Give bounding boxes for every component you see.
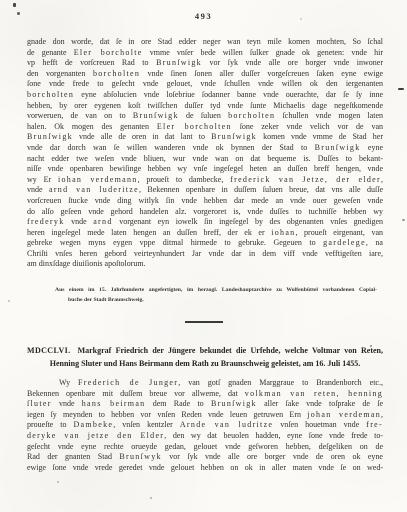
letterspaced-name-segment: borcholten <box>93 69 140 78</box>
letterspaced-name-segment: gardelege <box>323 238 366 247</box>
letterspaced-name-segment: Brunſwigk <box>133 111 179 120</box>
text-segment: komen vnde vmme de Stad her <box>257 132 383 141</box>
text-segment: vnde alle de oren in dat lant to <box>73 132 211 141</box>
text-line: frederyk vnde arnd vorgenant eyn iowelk … <box>27 217 383 228</box>
source-note: Aus einem im 15. Jahrhunderte angefertig… <box>55 286 377 305</box>
text-segment: vnde <box>27 185 49 194</box>
text-segment: de ſuluen <box>179 111 228 120</box>
text-segment: vor ſyk vnde alle ore borger vnde inwone… <box>202 58 383 67</box>
text-segment: vorſcreuen ſtucke vnde ding witlyk ſin v… <box>27 196 383 205</box>
text-line: geſecht vnde eyne rechte orueyde gedan, … <box>27 442 383 453</box>
scan-artifact <box>300 18 302 20</box>
section-divider-rule <box>185 321 223 323</box>
text-segment: , vnſen kentzler <box>113 420 180 429</box>
text-segment: do alſo geſeen vnde gehord handelen alz.… <box>27 207 383 216</box>
text-line: vnde dar dorch wan ſe willen wanderen vn… <box>27 143 383 154</box>
entry-title-part1: Markgraf Friedrich der Jüngere bekundet … <box>78 346 383 355</box>
text-line: Rad der gnanten Stad Brunſwyk vor ſyk vn… <box>27 452 383 463</box>
text-line: wy Er iohan verdemann, proueſt to dambec… <box>27 175 383 186</box>
text-segment: , <box>381 410 383 419</box>
text-segment: geſecht vnde eyne rechte orueyde gedan, … <box>27 442 383 451</box>
text-line: heren ingeſegel mede laten hengen an duſ… <box>27 228 383 239</box>
letterspaced-name-segment: Frederich de Junger <box>78 378 178 387</box>
text-segment: eyne abſolucien vnde loſebriue ſodanner … <box>74 90 383 99</box>
text-segment: den vorgenanten <box>27 69 93 78</box>
text-segment: , proueſt to dambecke, <box>138 175 231 184</box>
entry-title-part2: Henning Sluter und Hans Beirmann dem Rat… <box>27 357 383 370</box>
letterspaced-name-segment: iohan verdemann <box>58 175 138 184</box>
text-segment: Chriſti vnſes heren gebord veirteynhunde… <box>27 249 383 258</box>
text-line: vorſcreuen ſtucke vnde ding witlyk ſin v… <box>27 196 383 207</box>
text-segment: gebreke wegen myns eygen vppe ditmal hir… <box>27 238 323 247</box>
text-segment: Wy <box>59 378 78 387</box>
letterspaced-name-segment: Eler borcholte <box>74 48 143 57</box>
text-segment: halen. Ok mogen des genanten <box>27 122 157 131</box>
text-segment: gnade don worde, dat ſe in ore Stad edde… <box>27 37 383 46</box>
text-segment: wy Er <box>27 175 58 184</box>
text-line: gebreke wegen myns eygen vppe ditmal hir… <box>27 238 383 249</box>
text-segment: am dinxſdage diuiſionis apoſtolorum. <box>27 259 146 268</box>
text-line: nacht edder twe weſen vnde bliuen, wur v… <box>27 154 383 165</box>
scan-artifact <box>8 300 10 302</box>
entry-heading: MDCCLVI.Markgraf Friedrich der Jüngere b… <box>27 344 383 370</box>
text-segment: Rad der gnanten Stad <box>27 452 119 461</box>
text-segment: , na <box>366 238 383 247</box>
letterspaced-name-segment: Brunſwigk <box>211 132 257 141</box>
scan-artifact <box>17 12 20 15</box>
letterspaced-name-segment: volkman van reten, henning <box>245 389 383 398</box>
letterspaced-name-segment: hans beirman <box>82 399 146 408</box>
text-line: vorweruen, de van on to Brunſwigk de ſul… <box>27 111 383 122</box>
text-segment: ſone vnde frede to geſecht vnde gelouet,… <box>27 79 383 88</box>
scan-artifact <box>150 497 152 499</box>
text-segment: vnde <box>65 217 94 226</box>
text-segment: proueſte to <box>27 420 73 429</box>
letterspaced-name-segment: frederyk <box>27 217 65 226</box>
document-body-paragraph: Wy Frederich de Junger, van gotſ gnaden … <box>27 378 383 473</box>
text-line: ewige ſone vnde vrede geredet vnde gelou… <box>27 463 383 474</box>
text-segment: , Bekennen openbare in duſſem ſuluen bre… <box>139 185 383 194</box>
text-segment: ewige ſone vnde vrede geredet vnde gelou… <box>27 463 383 472</box>
text-line: vp hefft de vorſcreuen Rad to Brunſwigk … <box>27 58 383 69</box>
page-number: 493 <box>0 11 407 21</box>
text-segment: ſone zeker vnde velich vor de van <box>232 122 383 131</box>
entry-heading-line: MDCCLVI.Markgraf Friedrich der Jüngere b… <box>27 344 383 357</box>
letterspaced-name-segment: fre- <box>366 420 383 429</box>
letterspaced-name-segment: borcholten <box>27 90 74 99</box>
text-segment: heren ingeſegel mede laten hengen an duſ… <box>27 228 271 237</box>
text-segment: eyne <box>361 143 383 152</box>
letterspaced-name-segment: ſluter <box>27 399 52 408</box>
text-segment: , proueſt eirgenant, van <box>295 228 383 237</box>
text-line: proueſte to Dambeke, vnſen kentzler Arnd… <box>27 420 383 431</box>
letterspaced-name-segment: Brunſwigk <box>315 143 361 152</box>
text-segment: dem Rade to <box>145 399 210 408</box>
text-segment: nacht edder twe weſen vnde bliuen, wur v… <box>27 154 383 163</box>
text-line: gnade don worde, dat ſe in ore Stad edde… <box>27 37 383 48</box>
text-segment: vmme vnſer bede willen ſulker gnade ok g… <box>143 48 383 57</box>
text-segment: vorweruen, de van on to <box>27 111 133 120</box>
text-line: de genante Eler borcholte vmme vnſer bed… <box>27 48 383 59</box>
scan-artifact <box>402 219 405 221</box>
text-line: Chriſti vnſes heren gebord veirteynhunde… <box>27 249 383 260</box>
letterspaced-name-segment: Brunſwigk <box>27 132 73 141</box>
text-segment: iegen ſy meynden to hebben vor vnſen Red… <box>27 410 307 419</box>
text-line: deryke van jetze den Elder, den wy dat b… <box>27 431 383 442</box>
scan-artifact <box>57 481 59 483</box>
text-line: niſſe vnde openbaren bewiſinge hebben wy… <box>27 164 383 175</box>
text-segment: vnſen houetman vnde <box>273 420 366 429</box>
text-line: iegen ſy meynden to hebben vor vnſen Red… <box>27 410 383 421</box>
letterspaced-name-segment: Brunſwigk <box>211 399 257 408</box>
letterspaced-name-segment: Brunſwyk <box>119 452 161 461</box>
source-note-line: buche der Stadt Braunschweig. <box>55 296 377 306</box>
text-line: ſluter vnde hans beirman dem Rade to Bru… <box>27 399 383 410</box>
text-segment: , van gotſ gnaden Marggraue to Brandenbo… <box>178 378 383 387</box>
text-segment: vnde <box>52 399 82 408</box>
letterspaced-name-segment: Dambeke <box>73 420 113 429</box>
text-segment: , <box>381 175 383 184</box>
letterspaced-name-segment: Eler borcholten <box>157 122 232 131</box>
text-line: vnde arnd van luderitze, Bekennen openba… <box>27 185 383 196</box>
text-segment: vnde dar dorch wan ſe willen wanderen vn… <box>27 143 315 152</box>
letterspaced-name-segment: deryke van jetze den Elder <box>27 431 164 440</box>
text-segment: vnde ſinen ſonen aller duſſer vorgeſcreu… <box>140 69 383 78</box>
letterspaced-name-segment: johan verdeman <box>307 410 381 419</box>
letterspaced-name-segment: frederick van Jetze, der elder <box>230 175 381 184</box>
text-line: halen. Ok mogen des genanten Eler borcho… <box>27 122 383 133</box>
text-line: borcholten eyne abſolucien vnde loſebriu… <box>27 90 383 101</box>
document-continuation-paragraph: gnade don worde, dat ſe in ore Stad edde… <box>27 37 383 270</box>
text-line: Brunſwigk vnde alle de oren in dat lant … <box>27 132 383 143</box>
text-segment: Bekennen openbare mit duſſem breue vor a… <box>27 389 245 398</box>
text-line: den vorgenanten borcholten vnde ſinen ſo… <box>27 69 383 80</box>
letterspaced-name-segment: Brunſwigk <box>156 58 202 67</box>
scanned-book-page: 493 gnade don worde, dat ſe in ore Stad … <box>0 0 407 512</box>
letterspaced-name-segment: arnd van luderitze <box>49 185 139 194</box>
text-segment: niſſe vnde openbaren bewiſinge hebben wy… <box>27 164 383 173</box>
text-line: am dinxſdage diuiſionis apoſtolorum. <box>27 259 383 270</box>
text-line: Bekennen openbare mit duſſem breue vor a… <box>27 389 383 400</box>
text-segment: vp hefft de vorſcreuen Rad to <box>27 58 156 67</box>
text-line: Wy Frederich de Junger, van gotſ gnaden … <box>27 378 383 389</box>
letterspaced-name-segment: iohan <box>271 228 295 237</box>
scan-artifact <box>13 3 16 7</box>
letterspaced-name-segment: Arnde van ludritze <box>180 420 273 429</box>
scan-artifact <box>398 88 404 90</box>
text-segment: ſchullen vnde mogen laten <box>275 111 383 120</box>
text-line: ſone vnde frede to geſecht vnde gelouet,… <box>27 79 383 90</box>
text-line: do alſo geſeen vnde gehord handelen alz.… <box>27 207 383 218</box>
text-segment: vor ſyk vnde alle ore borger vnde de ore… <box>162 452 383 461</box>
text-segment: hebben, by orer eygenen koſt twiſſchen d… <box>27 101 383 110</box>
text-line: hebben, by orer eygenen koſt twiſſchen d… <box>27 101 383 112</box>
text-segment: vorgenant eyn iowelk ſin ingeſegel by de… <box>113 217 383 226</box>
entry-roman-number: MDCCLVI. <box>27 346 71 355</box>
text-segment: , den wy dat beuolen hadden, eyne ſone v… <box>164 431 383 440</box>
letterspaced-name-segment: borcholten <box>228 111 275 120</box>
source-note-line: Aus einem im 15. Jahrhunderte angefertig… <box>55 286 377 296</box>
text-segment: de genante <box>27 48 74 57</box>
text-segment: aller ſake vnde toſprake de ſe <box>257 399 383 408</box>
letterspaced-name-segment: arnd <box>93 217 112 226</box>
scan-artifact <box>370 345 372 347</box>
